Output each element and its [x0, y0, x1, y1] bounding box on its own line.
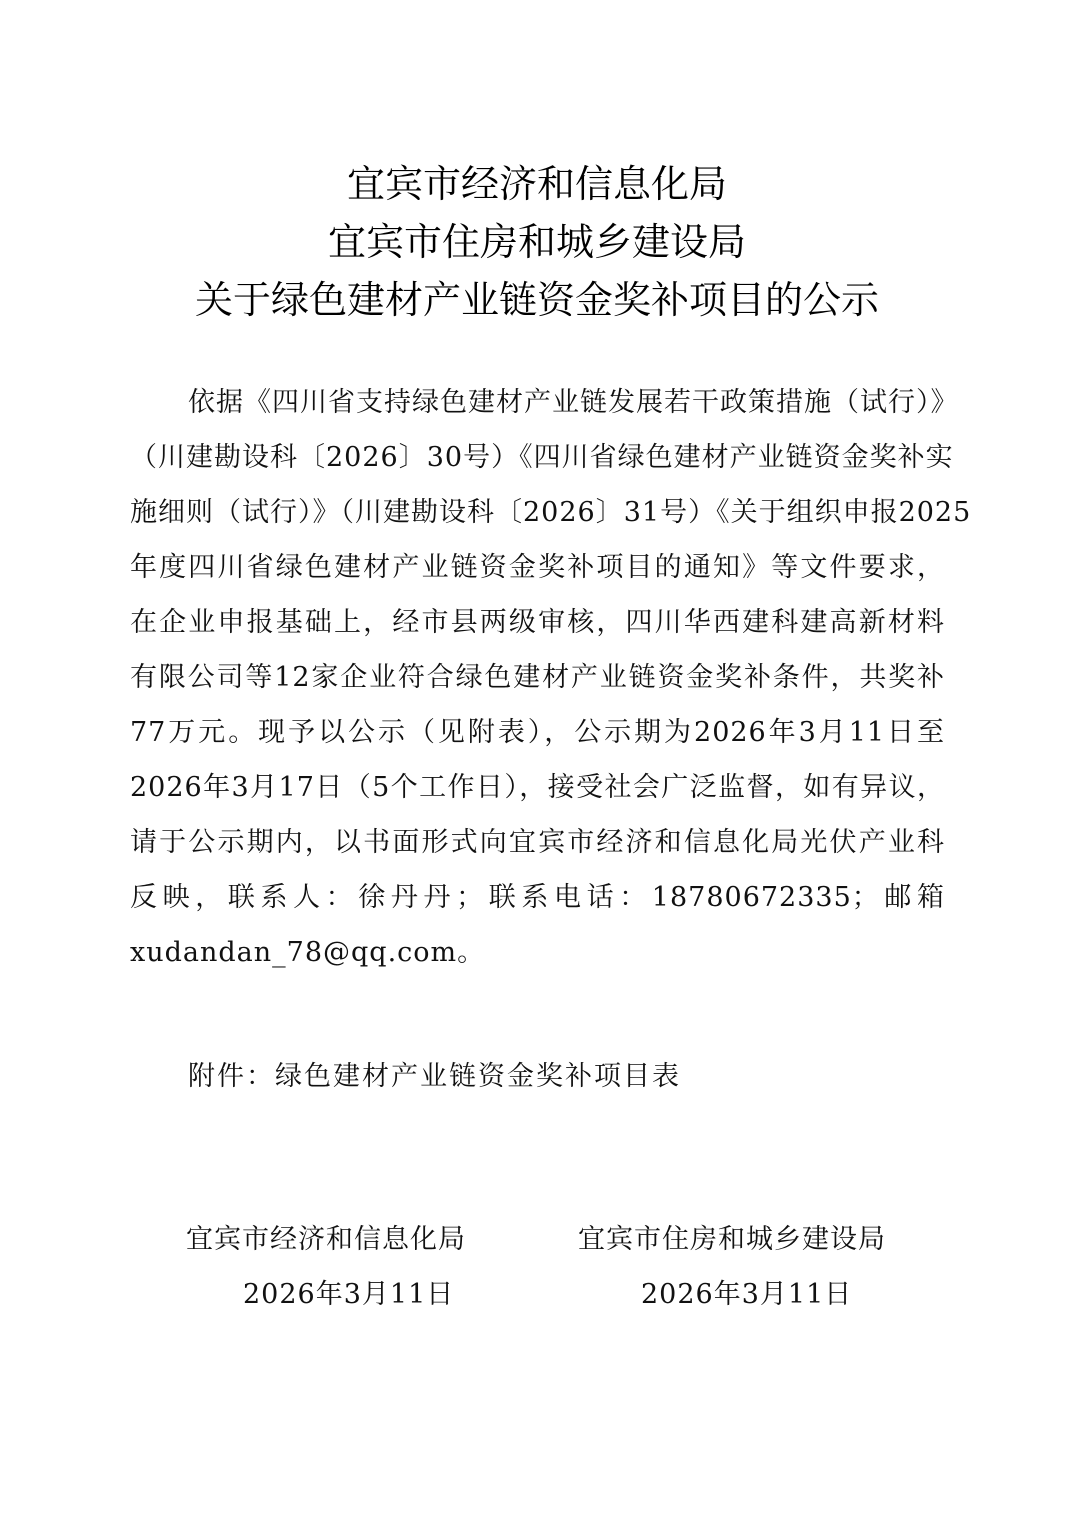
- signature-org-economy-bureau: 宜宾市经济和信息化局: [186, 1220, 466, 1260]
- body-line: 请于公示期内，以书面形式向宜宾市经济和信息化局光伏产业科: [130, 815, 945, 870]
- signature-date-housing-bureau: 2026年3月11日: [641, 1275, 852, 1315]
- body-line: 依据《四川省支持绿色建材产业链发展若干政策措施（试行）》: [130, 375, 945, 430]
- body-paragraph: 依据《四川省支持绿色建材产业链发展若干政策措施（试行）》 （川建勘设科〔2026…: [130, 375, 945, 980]
- document-title: 宜宾市经济和信息化局 宜宾市住房和城乡建设局 关于绿色建材产业链资金奖补项目的公…: [0, 155, 1074, 329]
- body-line: 有限公司等12家企业符合绿色建材产业链资金奖补条件，共奖补: [130, 650, 945, 705]
- attachment-note: 附件：绿色建材产业链资金奖补项目表: [188, 1052, 681, 1102]
- body-line: 在企业申报基础上，经市县两级审核，四川华西建科建高新材料: [130, 595, 945, 650]
- body-line: 施细则（试行）》（川建勘设科〔2026〕31号）《关于组织申报2025: [130, 485, 945, 540]
- body-line: 77万元。现予以公示（见附表），公示期为2026年3月11日至: [130, 705, 945, 760]
- body-line-contact: 反映，联系人：徐丹丹；联系电话：18780672335；邮箱: [130, 870, 945, 925]
- signature-date-economy-bureau: 2026年3月11日: [243, 1275, 454, 1315]
- title-line-issuer-2: 宜宾市住房和城乡建设局: [0, 213, 1074, 271]
- signature-org-housing-bureau: 宜宾市住房和城乡建设局: [578, 1220, 886, 1260]
- title-line-subject: 关于绿色建材产业链资金奖补项目的公示: [0, 271, 1074, 329]
- body-line: 年度四川省绿色建材产业链资金奖补项目的通知》等文件要求，: [130, 540, 945, 595]
- body-line-email: xudandan_78@qq.com。: [130, 925, 945, 980]
- body-line: （川建勘设科〔2026〕30号）《四川省绿色建材产业链资金奖补实: [130, 430, 945, 485]
- body-line: 2026年3月17日（5个工作日），接受社会广泛监督，如有异议，: [130, 760, 945, 815]
- title-line-issuer-1: 宜宾市经济和信息化局: [0, 155, 1074, 213]
- document-page: 宜宾市经济和信息化局 宜宾市住房和城乡建设局 关于绿色建材产业链资金奖补项目的公…: [0, 0, 1074, 1520]
